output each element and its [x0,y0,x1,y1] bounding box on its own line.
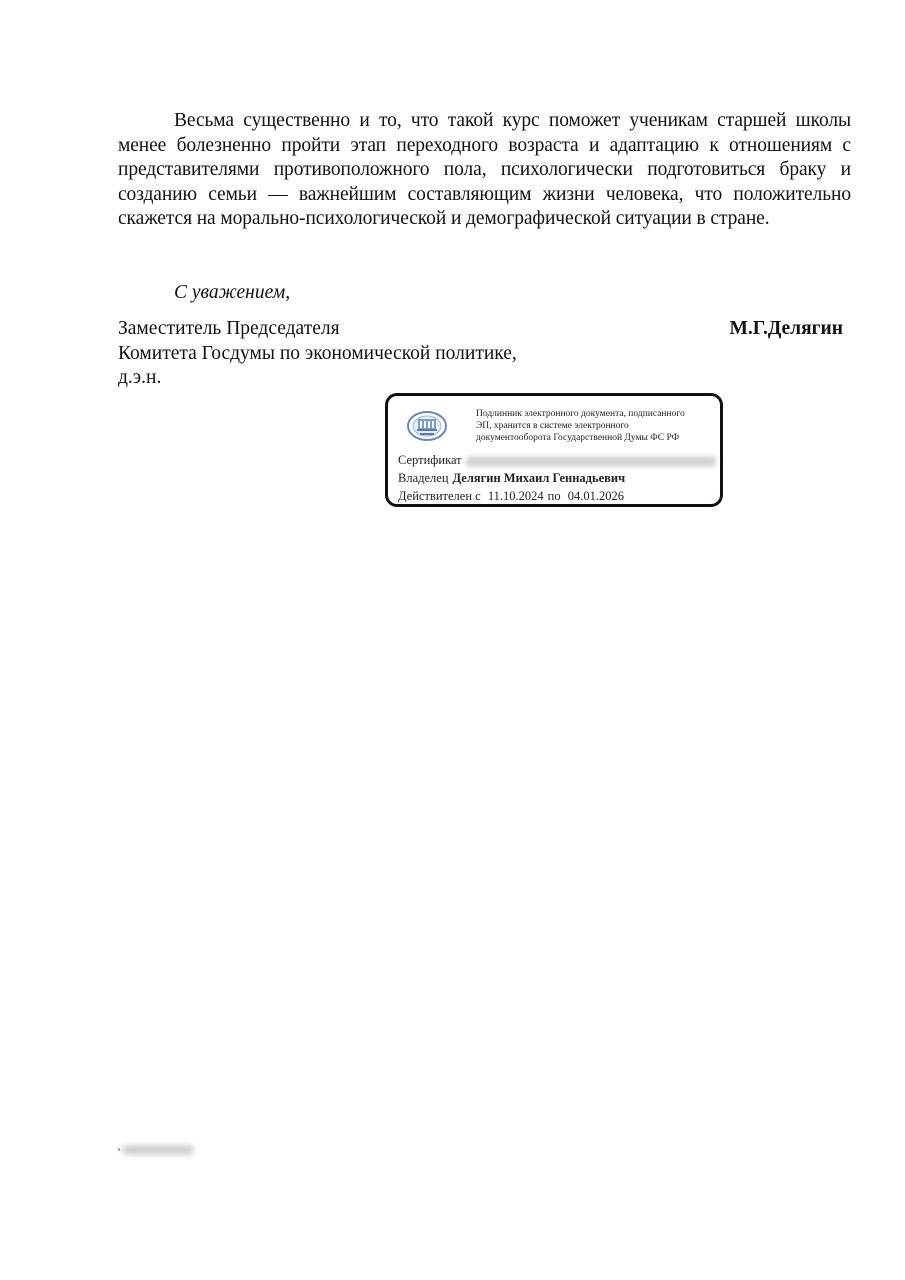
valid-to-date: 04.01.2026 [568,489,624,503]
valid-to-label: по [548,489,561,503]
footer-mark [118,1148,120,1151]
valid-from-label: с [475,489,481,503]
stamp-notice-line: Подлинник электронного документа, подпис… [476,408,716,420]
stamp-notice-line: ЭП, хранится в системе электронного [476,420,716,432]
owner-row: ВладелецДелягин Михаил Геннадьевич [398,470,625,486]
closing-salutation: С уважением, [174,282,290,304]
document-page: Весьма существенно и то, что такой курс … [0,0,905,1280]
certificate-value-redacted [466,456,716,467]
valid-label: Действителен [398,489,472,503]
state-duma-emblem-icon [406,410,448,442]
footer-redacted-text [122,1145,194,1155]
certificate-row: Сертификат [398,452,716,468]
electronic-signature-stamp: Подлинник электронного документа, подпис… [385,393,723,507]
owner-name: Делягин Михаил Геннадьевич [453,471,626,485]
signer-title-line: Комитета Госдумы по экономической полити… [118,342,517,367]
valid-from-date: 11.10.2024 [488,489,544,503]
certificate-label: Сертификат [398,453,462,467]
signer-title-line: д.э.н. [118,366,517,391]
body-paragraph: Весьма существенно и то, что такой курс … [118,109,851,232]
signer-name: М.Г.Делягин [730,317,844,342]
signer-title-block: Заместитель Председателя Комитета Госдум… [118,317,517,391]
validity-row: Действителен с 11.10.2024по 04.01.2026 [398,488,628,504]
owner-label: Владелец [398,471,449,485]
stamp-notice: Подлинник электронного документа, подпис… [476,408,716,444]
stamp-notice-line: документооборота Государственной Думы ФС… [476,432,716,444]
signer-title-line: Заместитель Председателя [118,317,517,342]
